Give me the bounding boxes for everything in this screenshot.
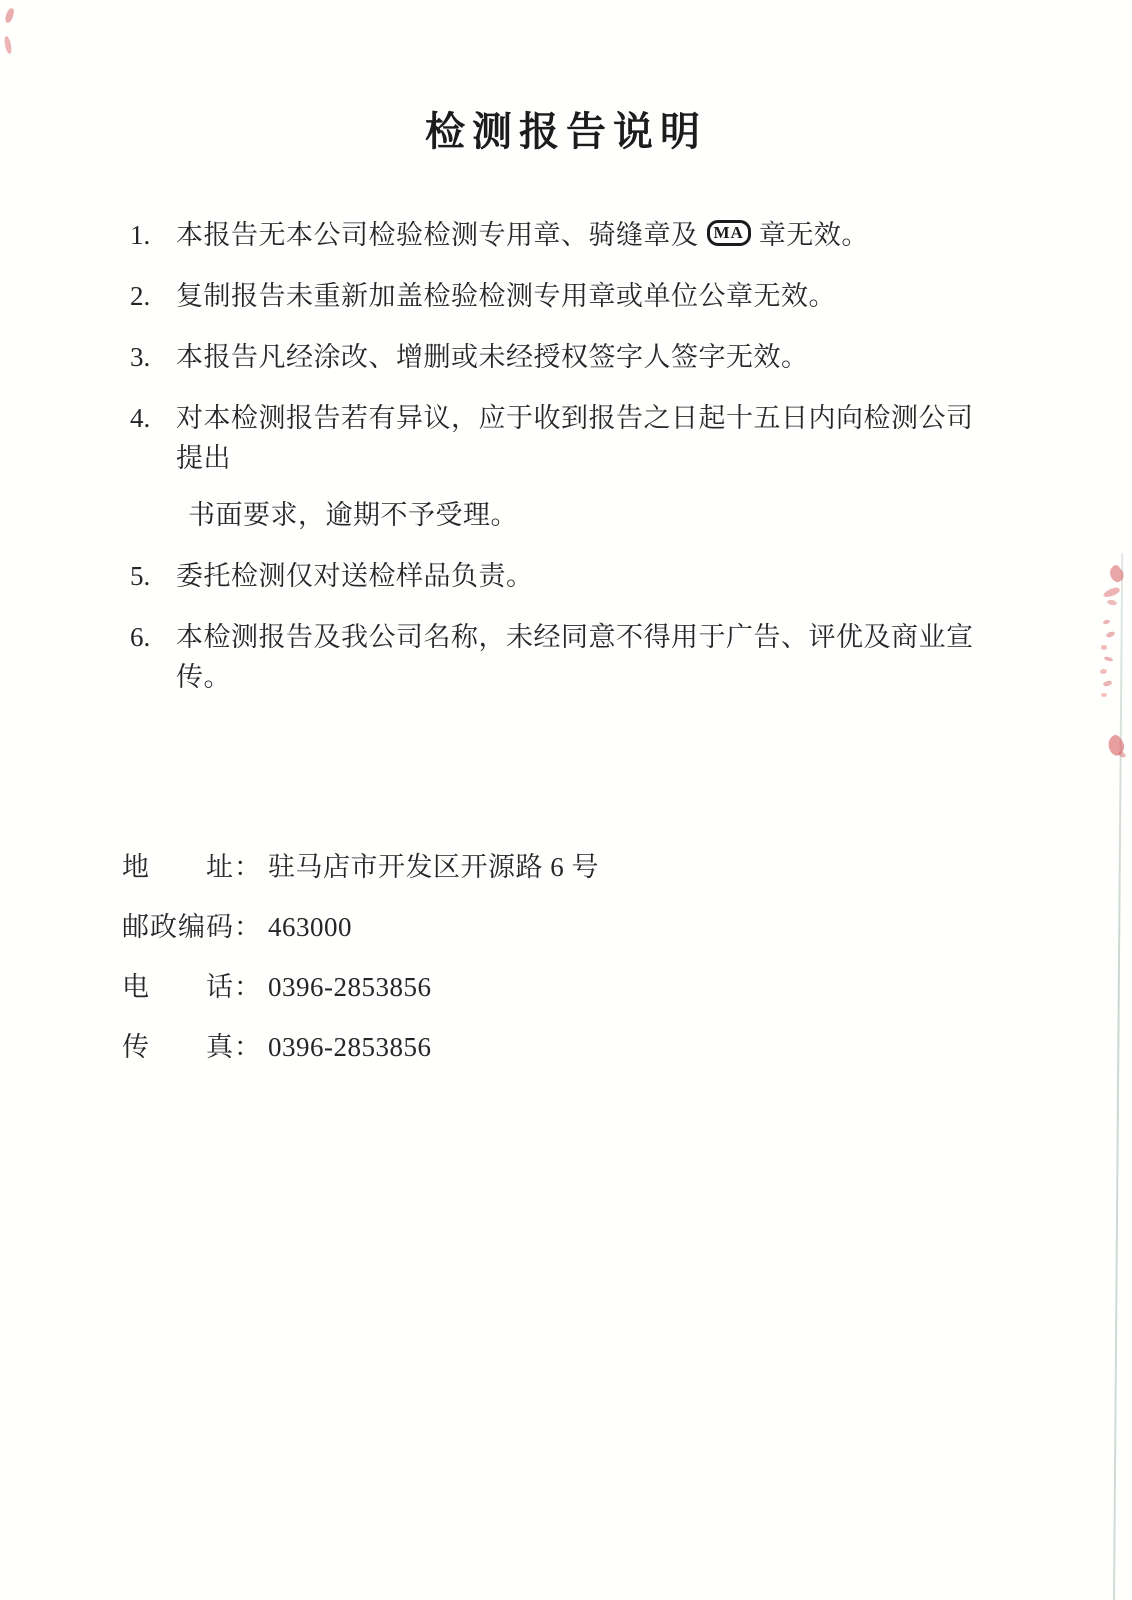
item-text: 委托检测仅对送检样品负责。 [176, 556, 534, 596]
list-item: 4. 对本检测报告若有异议，应于收到报告之日起十五日内向检测公司提出书面要求，逾… [130, 398, 990, 535]
contact-label: 传 真： [122, 1025, 268, 1064]
item-text-before-mark: 本报告无本公司检验检测专用章、骑缝章及 [176, 220, 699, 250]
red-ink-smudge [1107, 599, 1118, 606]
item-text: 对本检测报告若有异议，应于收到报告之日起十五日内向检测公司提出书面要求，逾期不予… [176, 398, 990, 535]
item-number: 3. [130, 337, 176, 377]
red-ink-smudge [1100, 669, 1107, 675]
red-ink-smudge [1102, 680, 1112, 687]
contact-value: 0396-2853856 [268, 972, 432, 1003]
red-ink-smudge [1103, 619, 1111, 624]
red-ink-smudge [1105, 630, 1115, 638]
scan-page-edge-line [1113, 553, 1123, 1600]
list-item: 6. 本检测报告及我公司名称，未经同意不得用于广告、评优及商业宣传。 [130, 617, 990, 697]
red-ink-smudge [1106, 564, 1126, 585]
cma-mark-icon: MA [707, 220, 751, 246]
page-title: 检测报告说明 [0, 0, 1132, 157]
contact-row-address: 地 址： 驻马店市开发区开源路 6 号 [122, 845, 822, 905]
item-text-line2: 书面要求，逾期不予受理。 [188, 495, 990, 535]
red-ink-smudge [1104, 656, 1114, 662]
contact-value: 驻马店市开发区开源路 6 号 [268, 845, 599, 884]
item-number: 5. [130, 556, 176, 596]
item-text: 本报告无本公司检验检测专用章、骑缝章及MA章无效。 [176, 215, 869, 255]
item-text: 复制报告未重新加盖检验检测专用章或单位公章无效。 [176, 276, 836, 316]
contact-value: 463000 [268, 912, 352, 943]
list-item: 1. 本报告无本公司检验检测专用章、骑缝章及MA章无效。 [130, 215, 990, 255]
item-number: 4. [130, 398, 176, 438]
report-notes-page: 检测报告说明 1. 本报告无本公司检验检测专用章、骑缝章及MA章无效。 2. 复… [0, 0, 1132, 1600]
item-number: 2. [130, 276, 176, 316]
item-number: 1. [130, 215, 176, 255]
red-ink-smudge [1101, 645, 1107, 650]
item-text: 本报告凡经涂改、增删或未经授权签字人签字无效。 [176, 337, 809, 377]
contact-value: 0396-2853856 [268, 1032, 432, 1063]
contact-row-fax: 传 真： 0396-2853856 [122, 1025, 822, 1085]
list-item: 3. 本报告凡经涂改、增删或未经授权签字人签字无效。 [130, 337, 990, 377]
red-ink-smudge [1102, 586, 1120, 599]
contact-label: 电 话： [122, 965, 268, 1004]
item-text-line1: 对本检测报告若有异议，应于收到报告之日起十五日内向检测公司提出 [176, 403, 974, 473]
item-number: 6. [130, 617, 176, 657]
contact-block: 地 址： 驻马店市开发区开源路 6 号 邮政编码： 463000 电 话： 03… [122, 845, 822, 1085]
contact-row-postcode: 邮政编码： 463000 [122, 905, 822, 965]
contact-row-phone: 电 话： 0396-2853856 [122, 965, 822, 1025]
contact-label: 地 址： [122, 845, 268, 884]
item-text-after-mark: 章无效。 [759, 220, 869, 250]
list-item: 5. 委托检测仅对送检样品负责。 [130, 556, 990, 596]
contact-label: 邮政编码： [122, 905, 268, 944]
notes-list: 1. 本报告无本公司检验检测专用章、骑缝章及MA章无效。 2. 复制报告未重新加… [130, 215, 990, 697]
item-text: 本检测报告及我公司名称，未经同意不得用于广告、评优及商业宣传。 [176, 617, 990, 697]
red-ink-smudge [1101, 693, 1107, 697]
list-item: 2. 复制报告未重新加盖检验检测专用章或单位公章无效。 [130, 276, 990, 316]
